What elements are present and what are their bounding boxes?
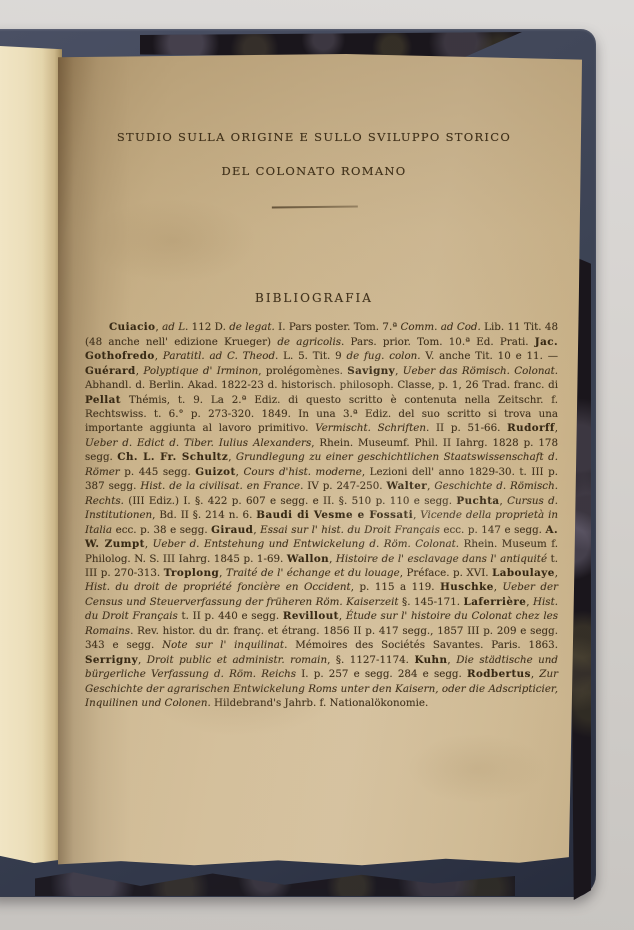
bib-text: , xyxy=(494,581,503,593)
work-title: de agricolis xyxy=(277,336,341,348)
work-title: Ueber d. Entstehung und Entwickelung d. … xyxy=(153,538,459,550)
work-title: de fug. colon. xyxy=(347,350,421,362)
work-title: Cours d'hist. moderne xyxy=(244,466,362,478)
author-name: Wallon xyxy=(287,553,329,565)
author-name: Puchta xyxy=(456,495,499,507)
bib-text: . Hildebrand's Jahrb. f. Nationalökonomi… xyxy=(208,697,429,709)
cover-marbled-edge-bottom xyxy=(35,871,515,896)
author-name: Revillout xyxy=(283,610,339,622)
bib-text: , xyxy=(526,596,533,608)
bib-text: , xyxy=(555,422,558,434)
bib-text: . Pars. prior. Tom. 10.ª Ed. Prati. xyxy=(341,336,535,348)
author-name: Baudi di Vesme e Fossati xyxy=(256,509,413,521)
bib-text: , xyxy=(138,654,147,666)
title-divider xyxy=(272,206,358,208)
bib-text: IV p. 247-250. xyxy=(303,480,386,492)
bib-text: , Préface. p. XVI. xyxy=(400,567,492,579)
bib-text: , Bd. II §. 214 n. 6. xyxy=(152,509,256,521)
work-title: de legat. xyxy=(229,321,275,333)
work-title: Traité de l' échange et du louage xyxy=(226,567,400,579)
work-title: Vermischt. Schriften. xyxy=(315,422,429,434)
page-content: STUDIO SULLA ORIGINE E SULLO SVILUPPO ST… xyxy=(58,54,582,866)
author-name: Savigny xyxy=(347,365,395,377)
bib-text: , xyxy=(145,538,153,550)
cover-marbled-edge-top xyxy=(140,32,522,57)
author-name: Laferrière xyxy=(464,596,527,608)
author-name: Serrigny xyxy=(85,654,138,666)
bib-text: , xyxy=(447,654,456,666)
bib-text: V. anche Tit. 10 e 11. — xyxy=(421,350,558,362)
bib-text: , p. 115 a 119. xyxy=(351,581,440,593)
bib-text: , xyxy=(219,567,226,579)
bib-text: , xyxy=(155,350,163,362)
bib-text: t. II p. 440 e segg. xyxy=(178,610,283,622)
book-title-line2: DEL COLONATO ROMANO xyxy=(58,164,570,178)
bib-text: , §. 1127-1174. xyxy=(327,654,414,666)
bib-text: (III Ediz.) I. §. 422 p. 607 e segg. e I… xyxy=(124,495,456,507)
bib-text: Abhandl. d. Berlin. Akad. 1822-23 d. his… xyxy=(85,379,558,391)
work-title: Polyptique d' Irminon xyxy=(143,365,258,377)
author-name: Kuhn xyxy=(414,654,447,666)
bib-text: , xyxy=(236,466,244,478)
author-name: Troplong xyxy=(164,567,219,579)
bib-text: , xyxy=(500,495,508,507)
author-name: Pellat xyxy=(85,394,121,406)
author-name: Huschke xyxy=(440,581,494,593)
bib-text: §. 145-171. xyxy=(399,596,464,608)
author-name: Ch. L. Fr. Schultz xyxy=(117,451,228,463)
bibliography-paragraph: Cuiacio, ad L. 112 D. de legat. I. Pars … xyxy=(85,320,558,710)
bib-text: 112 D. xyxy=(188,321,229,333)
flyleaf-page-edge xyxy=(0,46,62,864)
work-title: Hist. de la civilisat. en France. xyxy=(140,480,303,492)
work-title: Droit public et administr. romain xyxy=(147,654,327,666)
work-title: Ueber das Römisch. Colonat. xyxy=(403,365,558,377)
book-title-line1: STUDIO SULLA ORIGINE E SULLO SVILUPPO ST… xyxy=(58,130,570,144)
bib-text: L. 5. Tit. 9 xyxy=(278,350,346,362)
author-name: Giraud xyxy=(211,524,253,536)
work-title: Paratitl. ad C. Theod. xyxy=(163,350,278,362)
work-title: Comm. ad Cod. xyxy=(401,321,481,333)
bib-text: , xyxy=(339,610,346,622)
author-name: Laboulaye xyxy=(492,567,555,579)
bib-text: , xyxy=(555,567,558,579)
book-page: STUDIO SULLA ORIGINE E SULLO SVILUPPO ST… xyxy=(58,54,582,866)
bib-text: II p. 51-66. xyxy=(429,422,507,434)
photo-backdrop: STUDIO SULLA ORIGINE E SULLO SVILUPPO ST… xyxy=(0,0,634,930)
bib-text: p. 445 segg. xyxy=(120,466,196,478)
author-name: Walter xyxy=(386,480,427,492)
work-title: Hist. du droit de propriété foncière en … xyxy=(85,581,351,593)
author-name: Cuiacio xyxy=(109,321,155,333)
work-title: Histoire de l' esclavage dans l' antiqui… xyxy=(336,553,547,565)
author-name: Guizot xyxy=(195,466,235,478)
bib-text: ecc. p. 38 e segg. xyxy=(112,524,211,536)
work-title: Essai sur l' hist. du Droit Français xyxy=(260,524,440,536)
work-title: ad L. xyxy=(162,321,188,333)
bib-text: , prolégomènes. xyxy=(258,365,347,377)
bib-text: . Mémoires des Sociétés Savantes. Paris.… xyxy=(284,639,558,651)
bib-text: , xyxy=(329,553,336,565)
work-title: Note sur l' inquilinat xyxy=(162,639,284,651)
section-heading: BIBLIOGRAFIA xyxy=(58,291,570,305)
bib-text: I. p. 257 e segg. 284 e segg. xyxy=(296,668,467,680)
author-name: Rodbertus xyxy=(467,668,531,680)
bib-text: I. Pars poster. Tom. 7.ª xyxy=(275,321,401,333)
bib-text: ecc. p. 147 e segg. xyxy=(440,524,546,536)
author-name: Rudorff xyxy=(507,422,555,434)
author-name: Guérard xyxy=(85,365,136,377)
work-title: Ueber d. Edict d. Tiber. Iulius Alexande… xyxy=(85,437,311,449)
bib-text: , xyxy=(228,451,236,463)
bib-text: , xyxy=(395,365,403,377)
